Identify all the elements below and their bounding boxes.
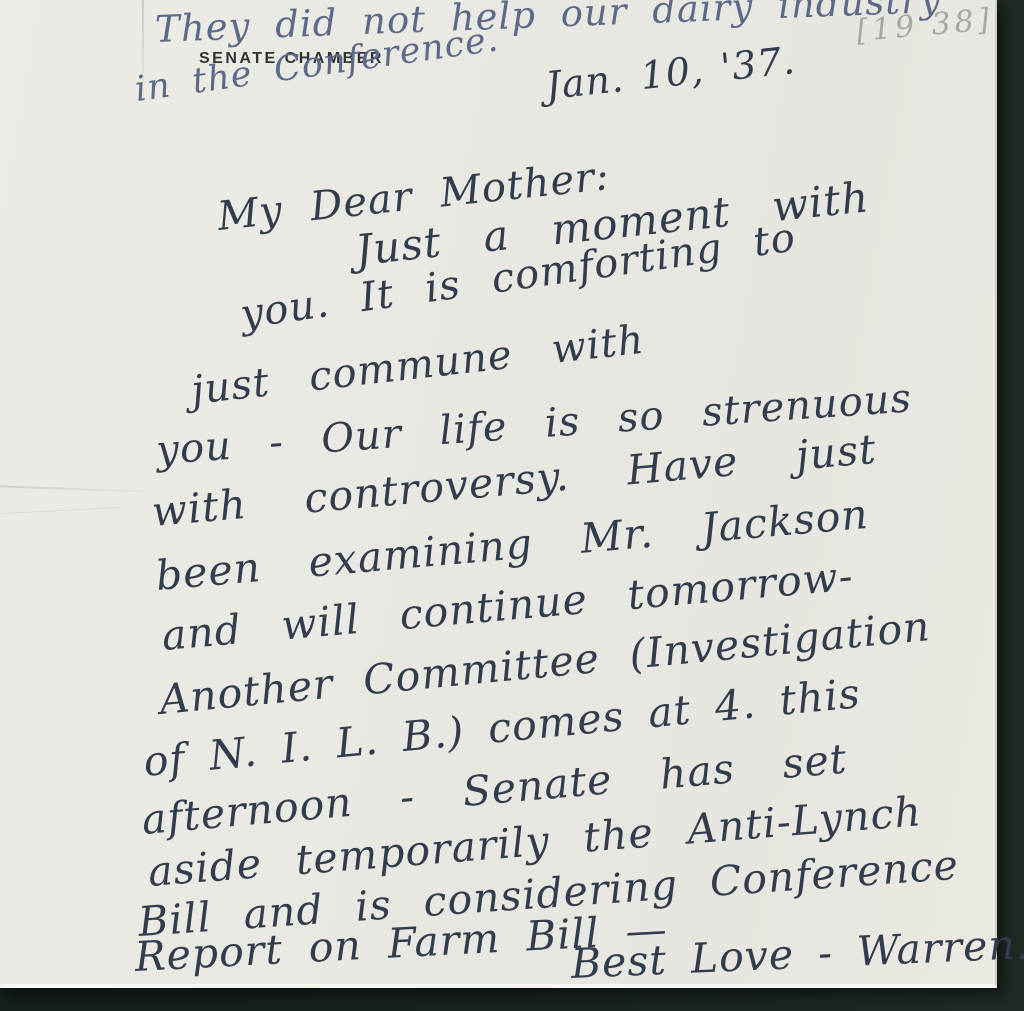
letter-paper: They did not help our dairy industry [19… (0, 0, 997, 988)
letter-scan: They did not help our dairy industry [19… (0, 0, 1024, 1011)
fold-crease-horizontal-2 (0, 507, 120, 514)
fold-crease-horizontal (0, 485, 152, 492)
letter-date: Jan. 10, '37. (543, 38, 797, 108)
annotation-line-1: They did not help our dairy industry (154, 0, 942, 51)
